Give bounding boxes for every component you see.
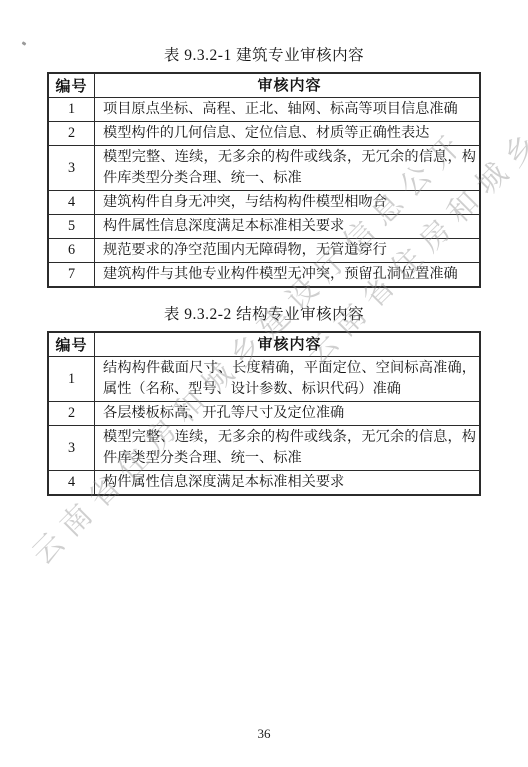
- table-1-caption: 表 9.3.2-1 建筑专业审核内容: [0, 46, 528, 66]
- row-number: 1: [48, 98, 95, 122]
- table-row: 3 模型完整、连续，无多余的构件或线条，无冗余的信息，构件库类型分类合理、统一、…: [48, 146, 480, 191]
- table-row: 4 构件属性信息深度满足本标准相关要求: [48, 471, 480, 496]
- table-2-header-row: 编号 审核内容: [48, 332, 480, 357]
- row-content: 模型完整、连续，无多余的构件或线条，无冗余的信息，构件库类型分类合理、统一、标准: [95, 426, 481, 471]
- row-number: 5: [48, 215, 95, 239]
- row-content: 各层楼板标高、开孔等尺寸及定位准确: [95, 402, 481, 426]
- row-number: 2: [48, 402, 95, 426]
- table-row: 4 建筑构件自身无冲突，与结构构件模型相吻合: [48, 191, 480, 215]
- table-row: 3 模型完整、连续，无多余的构件或线条，无冗余的信息，构件库类型分类合理、统一、…: [48, 426, 480, 471]
- row-content: 构件属性信息深度满足本标准相关要求: [95, 215, 481, 239]
- row-content: 建筑构件与其他专业构件模型无冲突，预留孔洞位置准确: [95, 263, 481, 288]
- table-row: 1 项目原点坐标、高程、正北、轴网、标高等项目信息准确: [48, 98, 480, 122]
- row-content: 模型完整、连续，无多余的构件或线条，无冗余的信息，构件库类型分类合理、统一、标准: [95, 146, 481, 191]
- row-number: 4: [48, 471, 95, 496]
- row-number: 3: [48, 426, 95, 471]
- document-page: 表 9.3.2-1 建筑专业审核内容 编号 审核内容 1 项目原点坐标、高程、正…: [0, 0, 528, 767]
- column-header-content: 审核内容: [95, 332, 481, 357]
- table-row: 2 各层楼板标高、开孔等尺寸及定位准确: [48, 402, 480, 426]
- table-row: 1 结构构件截面尺寸、长度精确，平面定位、空间标高准确，属性（名称、型号、设计参…: [48, 357, 480, 402]
- table-row: 5 构件属性信息深度满足本标准相关要求: [48, 215, 480, 239]
- row-content: 构件属性信息深度满足本标准相关要求: [95, 471, 481, 496]
- table-row: 2 模型构件的几何信息、定位信息、材质等正确性表达: [48, 122, 480, 146]
- page-number: 36: [0, 726, 528, 742]
- table-row: 7 建筑构件与其他专业构件模型无冲突，预留孔洞位置准确: [48, 263, 480, 288]
- row-content: 模型构件的几何信息、定位信息、材质等正确性表达: [95, 122, 481, 146]
- row-number: 6: [48, 239, 95, 263]
- column-header-content: 审核内容: [95, 73, 481, 98]
- table-2-structure-review: 编号 审核内容 1 结构构件截面尺寸、长度精确，平面定位、空间标高准确，属性（名…: [47, 331, 481, 496]
- column-header-no: 编号: [48, 332, 95, 357]
- row-content: 建筑构件自身无冲突，与结构构件模型相吻合: [95, 191, 481, 215]
- column-header-no: 编号: [48, 73, 95, 98]
- table-row: 6 规范要求的净空范围内无障碍物，无管道穿行: [48, 239, 480, 263]
- row-number: 4: [48, 191, 95, 215]
- row-number: 1: [48, 357, 95, 402]
- row-content: 规范要求的净空范围内无障碍物，无管道穿行: [95, 239, 481, 263]
- row-content: 项目原点坐标、高程、正北、轴网、标高等项目信息准确: [95, 98, 481, 122]
- row-content: 结构构件截面尺寸、长度精确，平面定位、空间标高准确，属性（名称、型号、设计参数、…: [95, 357, 481, 402]
- row-number: 3: [48, 146, 95, 191]
- table-1-building-review: 编号 审核内容 1 项目原点坐标、高程、正北、轴网、标高等项目信息准确 2 模型…: [47, 72, 481, 288]
- table-2-caption: 表 9.3.2-2 结构专业审核内容: [0, 305, 528, 325]
- row-number: 7: [48, 263, 95, 288]
- row-number: 2: [48, 122, 95, 146]
- table-1-header-row: 编号 审核内容: [48, 73, 480, 98]
